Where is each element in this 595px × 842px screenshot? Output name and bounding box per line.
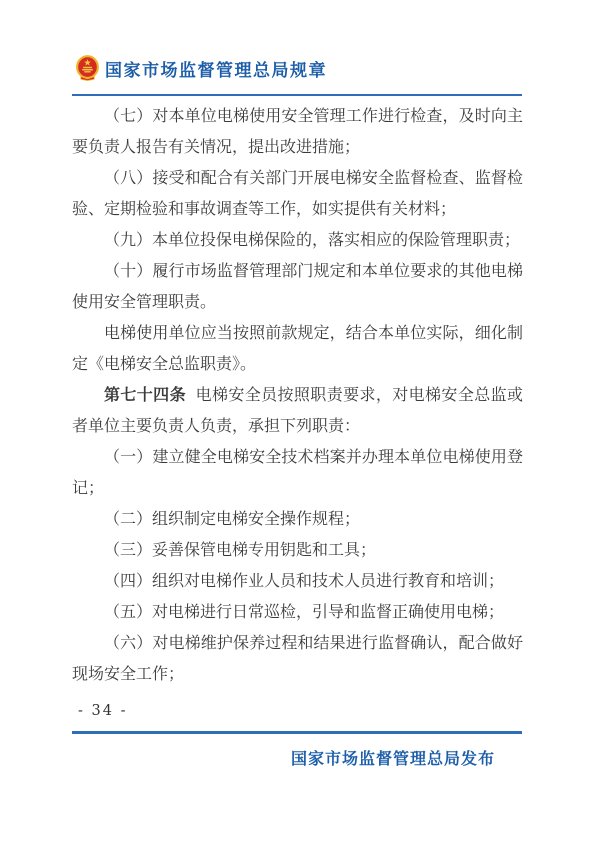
body-paragraph-item-1: （一）建立健全电梯安全技术档案并办理本单位电梯使用登记； — [72, 441, 523, 503]
paragraph-text: 电梯使用单位应当按照前款规定，结合本单位实际，细化制定《电梯安全总监职责》。 — [72, 323, 523, 373]
footer-publisher-label: 国家市场监督管理总局发布 — [291, 746, 495, 769]
paragraph-text: （九）本单位投保电梯保险的，落实相应的保险管理职责； — [104, 230, 520, 249]
body-paragraph-clause-8: （八）接受和配合有关部门开展电梯安全监督检查、监督检验、定期检验和事故调查等工作… — [72, 162, 523, 224]
body-paragraph-item-2: （二）组织制定电梯安全操作规程； — [72, 503, 523, 534]
document-page: 国家市场监督管理总局规章 （七）对本单位电梯使用安全管理工作进行检查，及时向主要… — [0, 0, 595, 842]
paragraph-text: （三）妥善保管电梯专用钥匙和工具； — [104, 540, 376, 559]
body-paragraph-item-5: （五）对电梯进行日常巡检，引导和监督正确使用电梯； — [72, 596, 523, 627]
header-agency-title: 国家市场监督管理总局规章 — [105, 56, 327, 81]
body-paragraph-item-3: （三）妥善保管电梯专用钥匙和工具； — [72, 534, 523, 565]
body-paragraph-item-6: （六）对电梯维护保养过程和结果进行监督确认，配合做好现场安全工作； — [72, 627, 523, 689]
paragraph-text: （五）对电梯进行日常巡检，引导和监督正确使用电梯； — [104, 602, 504, 621]
article-number: 第七十四条 — [104, 385, 186, 404]
paragraph-text: （七）对本单位电梯使用安全管理工作进行检查，及时向主要负责人报告有关情况，提出改… — [72, 106, 523, 156]
national-emblem-icon — [76, 55, 99, 81]
paragraph-text: （六）对电梯维护保养过程和结果进行监督确认，配合做好现场安全工作； — [72, 633, 523, 683]
body-paragraph-clause-10: （十）履行市场监督管理部门规定和本单位要求的其他电梯使用安全管理职责。 — [72, 255, 523, 317]
document-body: （七）对本单位电梯使用安全管理工作进行检查，及时向主要负责人报告有关情况，提出改… — [72, 100, 523, 689]
body-paragraph-clause-9: （九）本单位投保电梯保险的，落实相应的保险管理职责； — [72, 224, 523, 255]
body-paragraph-clause-7: （七）对本单位电梯使用安全管理工作进行检查，及时向主要负责人报告有关情况，提出改… — [72, 100, 523, 162]
paragraph-text: （一）建立健全电梯安全技术档案并办理本单位电梯使用登记； — [72, 447, 523, 497]
footer-divider — [72, 731, 522, 734]
paragraph-text: （二）组织制定电梯安全操作规程； — [104, 509, 360, 528]
header-divider — [72, 94, 522, 96]
paragraph-text: （四）组织对电梯作业人员和技术人员进行教育和培训； — [104, 571, 504, 590]
document-header: 国家市场监督管理总局规章 — [76, 55, 327, 81]
body-paragraph-item-4: （四）组织对电梯作业人员和技术人员进行教育和培训； — [72, 565, 523, 596]
body-paragraph-article-74: 第七十四条电梯安全员按照职责要求，对电梯安全总监或者单位主要负责人负责，承担下列… — [72, 379, 523, 441]
page-number: - 34 - — [78, 703, 127, 719]
body-paragraph-supplement: 电梯使用单位应当按照前款规定，结合本单位实际，细化制定《电梯安全总监职责》。 — [72, 317, 523, 379]
paragraph-text: （十）履行市场监督管理部门规定和本单位要求的其他电梯使用安全管理职责。 — [72, 261, 523, 311]
paragraph-text: （八）接受和配合有关部门开展电梯安全监督检查、监督检验、定期检验和事故调查等工作… — [72, 168, 523, 218]
